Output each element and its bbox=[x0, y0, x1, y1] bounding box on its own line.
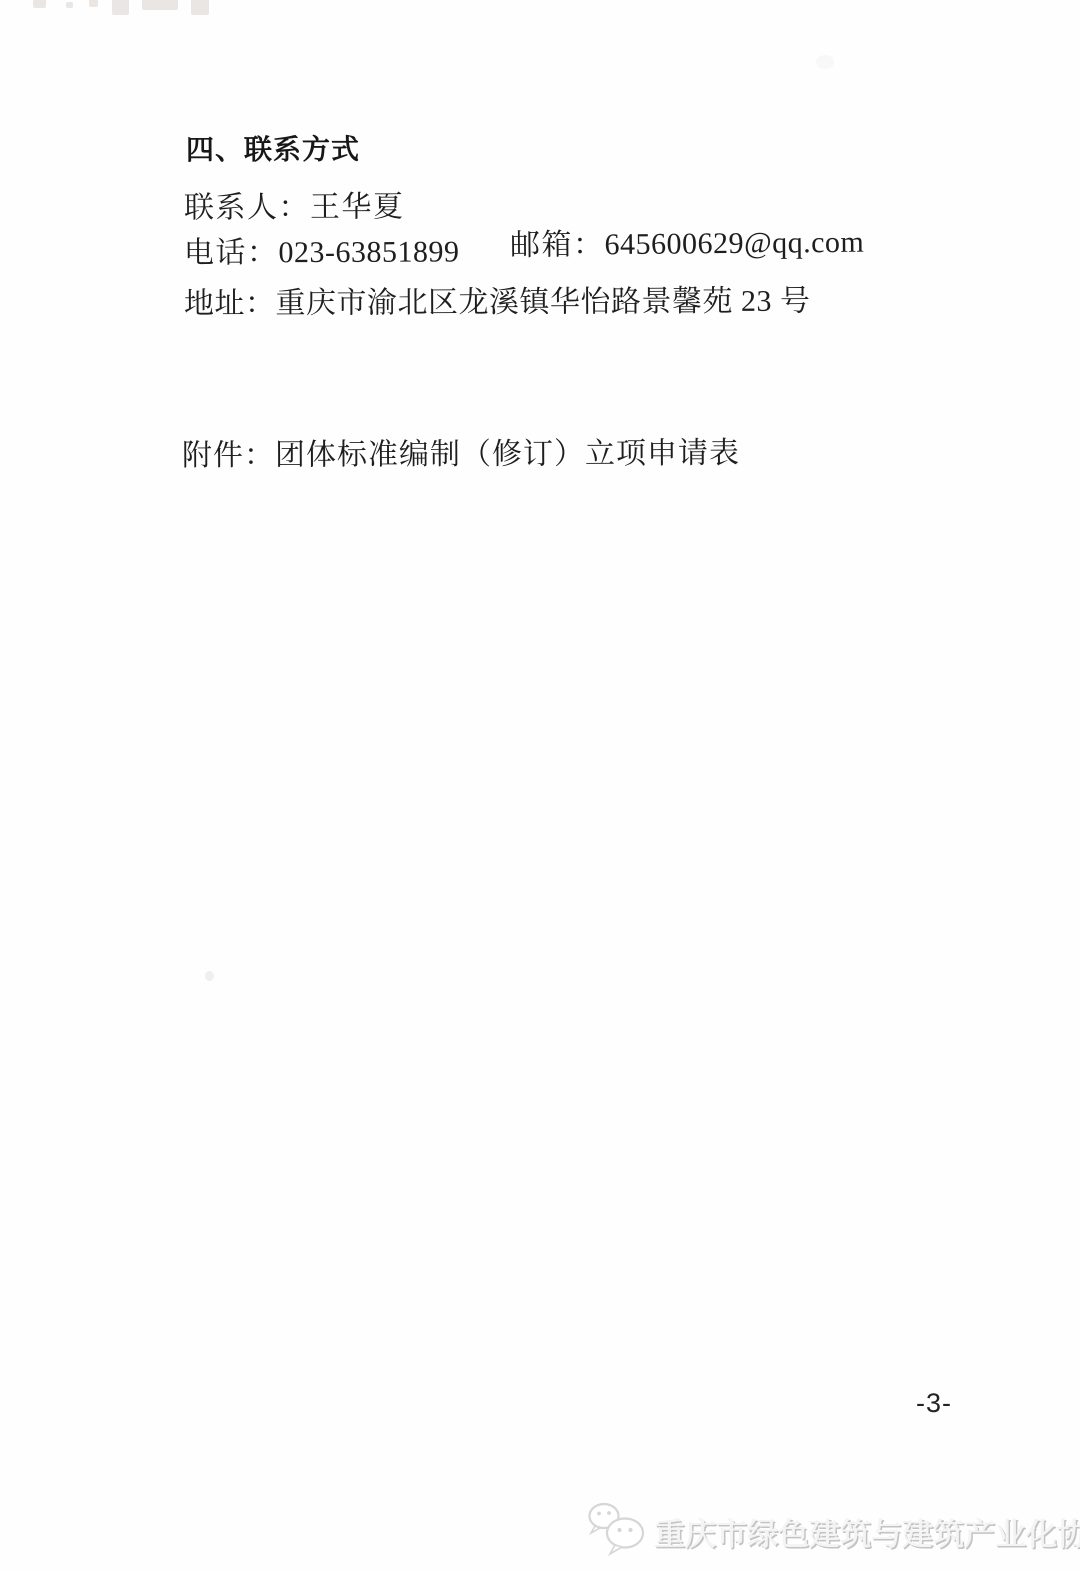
phone-email-row: 电话：023-63851899 邮箱：645600629@qq.com bbox=[184, 226, 460, 271]
wechat-icon bbox=[586, 1500, 648, 1563]
scan-artifact bbox=[66, 2, 73, 8]
scan-artifact bbox=[33, 0, 46, 8]
email-label: 邮箱： bbox=[510, 228, 605, 262]
email-group: 邮箱：645600629@qq.com bbox=[510, 217, 865, 264]
scan-speck bbox=[816, 55, 834, 69]
watermark-text: 重庆市绿色建筑与建筑产业化协会 bbox=[654, 1509, 1080, 1554]
page-number: -3- bbox=[916, 1388, 952, 1419]
scan-artifact bbox=[89, 0, 98, 7]
footer-watermark: 重庆市绿色建筑与建筑产业化协会 bbox=[586, 1500, 1080, 1563]
section-heading: 四、联系方式 bbox=[186, 128, 360, 169]
document-page: 四、联系方式 联系人：王华夏 电话：023-63851899 邮箱：645600… bbox=[0, 0, 1080, 1573]
scan-artifact bbox=[112, 0, 129, 15]
address-line: 地址：重庆市渝北区龙溪镇华怡路景馨苑 23 号 bbox=[184, 276, 811, 323]
attachment-line: 附件：团体标准编制（修订）立项申请表 bbox=[182, 428, 740, 474]
contact-person-line: 联系人：王华夏 bbox=[184, 182, 405, 227]
phone-value: 023-63851899 bbox=[278, 235, 459, 269]
scan-speck bbox=[205, 971, 214, 981]
email-value: 645600629@qq.com bbox=[604, 226, 864, 261]
phone-label: 电话： bbox=[184, 236, 279, 269]
scan-artifact bbox=[191, 0, 209, 15]
scan-artifact bbox=[142, 0, 178, 10]
